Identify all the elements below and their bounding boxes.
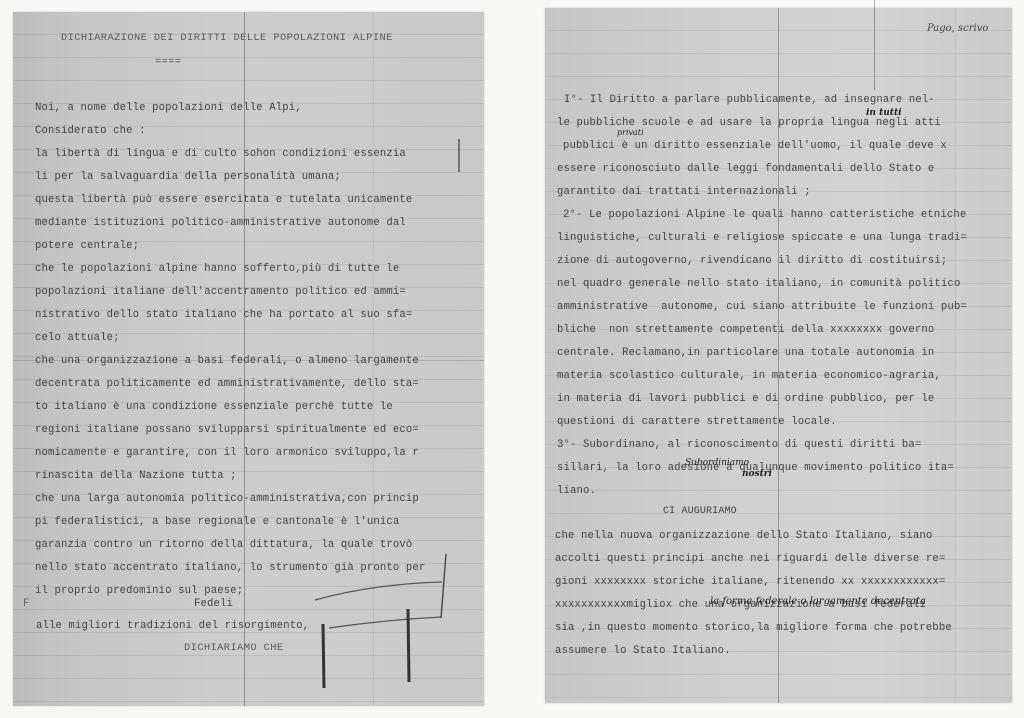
typed-line: sia ,in questo momento storico,la miglio… xyxy=(555,622,952,634)
typed-line: mediante istituzioni politico-amministra… xyxy=(35,217,406,229)
title-separator: ==== xyxy=(155,56,182,68)
typed-line: decentrata politicamente ed amministrati… xyxy=(35,378,419,390)
typed-line: che una organizzazione a basi federali, … xyxy=(35,355,419,367)
typed-line: centrale. Reclamano,in particolare una t… xyxy=(557,347,934,359)
typed-line: 3°- Subordinano, al riconoscimento di qu… xyxy=(557,439,921,451)
typed-line: accolti questi principi anche nei riguar… xyxy=(555,553,945,565)
typed-line: la libertà di lingua e di culto sohon co… xyxy=(35,148,406,160)
closing-tradizioni: alle migliori tradizioni del risorgiment… xyxy=(36,620,309,632)
typed-line: celo attuale; xyxy=(35,332,120,344)
typed-line: questa libertà può essere esercitata e t… xyxy=(35,194,412,206)
margin-mark: F xyxy=(23,598,30,610)
typed-line: regioni italiane possano svilupparsi spi… xyxy=(35,424,419,436)
annotation-privati: privati xyxy=(617,128,644,138)
typed-line: to italiano è una condizione essenziale … xyxy=(35,401,393,413)
closing-fedeli: Fedeli xyxy=(194,598,233,610)
typed-line: nello stato accentrato italiano, lo stru… xyxy=(35,562,425,574)
typed-line: Considerato che : xyxy=(35,125,146,137)
typed-line: 2°- Le popolazioni Alpine le quali hanno… xyxy=(563,209,966,221)
typed-line: gioni xxxxxxxx storiche italiane, ritene… xyxy=(555,576,945,588)
typed-line: che una larga autonomia politico-amminis… xyxy=(35,493,419,505)
typed-line: il proprio predominio sul paese; xyxy=(35,585,243,597)
annotation-in-tutti: in tutti xyxy=(866,108,902,118)
typed-line: che nella nuova organizzazione dello Sta… xyxy=(555,530,932,542)
fold-crease xyxy=(874,0,875,90)
typed-line: amministrative autonome, cui siano attri… xyxy=(557,301,967,313)
ruling-line xyxy=(955,8,956,703)
annotation-subordiniamo: Subordiniamo xyxy=(685,458,749,468)
typed-line: pi federalistici, a base regionale e can… xyxy=(35,516,399,528)
annotation-nostri: nostri xyxy=(742,469,772,479)
typed-line: pubblici è un diritto essenziale dell'uo… xyxy=(563,140,947,152)
typed-line: in materia di lavori pubblici e di ordin… xyxy=(557,393,934,405)
typed-line: le pubbliche scuole e ad usare la propri… xyxy=(557,117,941,129)
typed-line: questioni di carattere strettamente loca… xyxy=(557,416,837,428)
typed-line: popolazioni italiane dell'accentramento … xyxy=(35,286,406,298)
typed-line: rinascita della Nazione tutta ; xyxy=(35,470,237,482)
typed-line: Noi, a nome delle popolazioni delle Alpi… xyxy=(35,102,302,114)
typed-line: potere centrale; xyxy=(35,240,139,252)
typed-line: assumere lo Stato Italiano. xyxy=(555,645,731,657)
handwritten-header: Pago, scrivo xyxy=(927,24,988,34)
typed-line: garanzia contro un ritorno della dittatu… xyxy=(35,539,412,551)
annotation-forma-federale: la forma federale o largamente decentrat… xyxy=(710,597,926,607)
typed-line: nomicamente e garantire, con il loro arm… xyxy=(35,447,419,459)
document-title: DICHIARAZIONE DEI DIRITTI DELLE POPOLAZI… xyxy=(61,32,393,44)
typed-line: nel quadro generale nello stato italiano… xyxy=(557,278,960,290)
heading-ci-auguriamo: CI AUGURIAMO xyxy=(663,506,737,518)
typed-line: bliche non strettamente competenti della… xyxy=(557,324,934,336)
typed-line: garantito dai trattati internazionali ; xyxy=(557,186,811,198)
typed-line: zione di autogoverno, rivendicano il dir… xyxy=(557,255,947,267)
typed-line: materia scolastico culturale, in materia… xyxy=(557,370,941,382)
closing-dichiariamo: DICHIARIAMO CHE xyxy=(184,642,284,654)
typed-line: che le popolazioni alpine hanno sofferto… xyxy=(35,263,399,275)
document-page-right: Pago, scrivo I°- Il Diritto a parlare pu… xyxy=(545,8,1012,703)
typed-line: linguistiche, culturali e religiose spic… xyxy=(557,232,967,244)
typed-line: li per la salvaguardia della personalità… xyxy=(35,171,341,183)
document-page-left: DICHIARAZIONE DEI DIRITTI DELLE POPOLAZI… xyxy=(13,12,484,706)
typed-line: nistrativo dello stato italiano che ha p… xyxy=(35,309,412,321)
typed-line: essere riconosciuto dalle leggi fondamen… xyxy=(557,163,934,175)
typed-line: liano. xyxy=(557,485,596,497)
typed-line: I°- Il Diritto a parlare pubblicamente, … xyxy=(564,94,935,106)
